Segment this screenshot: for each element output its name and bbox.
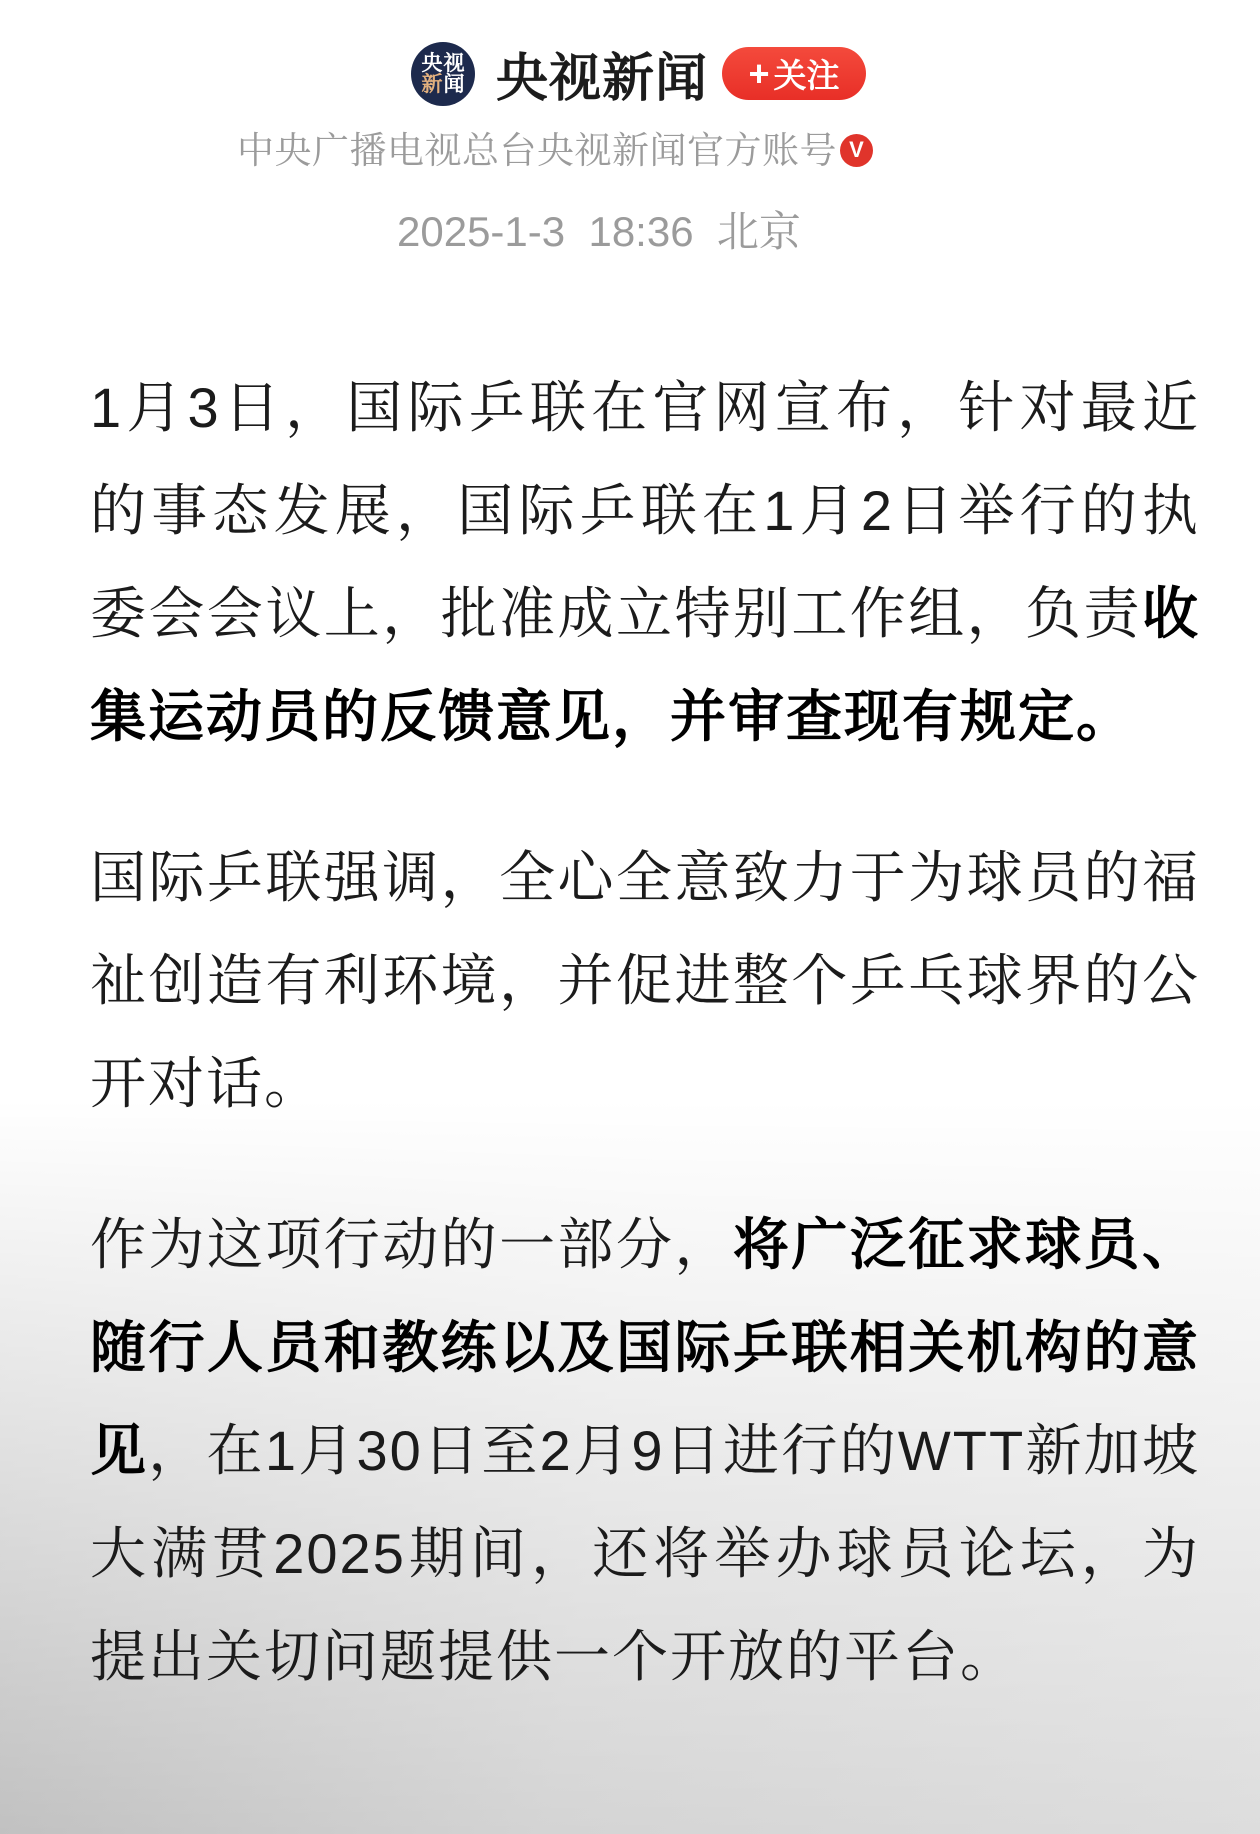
article-text: ，在1月30日至2月9日进行的WTT新加坡大满贯2025期间，还将举办球员论坛，…	[90, 1419, 1200, 1688]
avatar-logo-char: 视	[444, 53, 465, 74]
account-name[interactable]: 央视新闻	[496, 36, 708, 111]
avatar[interactable]: 央 视 新 闻	[411, 42, 475, 106]
article-body: 1月3日，国际乒联在官网宣布，针对最近的事态发展，国际乒联在1月2日举行的执委会…	[90, 356, 1200, 1708]
article-text: 1月3日，国际乒联在官网宣布，针对最近的事态发展，国际乒联在1月2日举行的执委会…	[90, 376, 1200, 645]
article-paragraph: 国际乒联强调，全心全意致力于为球员的福祉创造有利环境，并促进整个乒乓球界的公开对…	[90, 826, 1200, 1135]
post-date: 2025-1-3 18:36 北京	[397, 199, 801, 259]
article-text: 国际乒联强调，全心全意致力于为球员的福祉创造有利环境，并促进整个乒乓球界的公开对…	[90, 846, 1200, 1115]
follow-button-label: 关注	[774, 50, 840, 97]
post-page: 央 视 新 闻 央视新闻 + 关注 中央广播电视总台央视新闻官方账号 V 202…	[0, 0, 1260, 1834]
avatar-logo-char: 央	[422, 53, 443, 74]
article-paragraph: 1月3日，国际乒联在官网宣布，针对最近的事态发展，国际乒联在1月2日举行的执委会…	[90, 356, 1200, 768]
article-paragraph: 作为这项行动的一部分，将广泛征求球员、随行人员和教练以及国际乒联相关机构的意见，…	[90, 1193, 1200, 1708]
account-subtitle: 中央广播电视总台央视新闻官方账号	[237, 120, 837, 174]
account-subtitle-row: 中央广播电视总台央视新闻官方账号 V	[237, 125, 873, 169]
verified-badge-icon: V	[840, 134, 873, 167]
plus-icon: +	[749, 56, 770, 92]
avatar-logo-char: 闻	[444, 74, 465, 95]
avatar-logo-char: 新	[422, 74, 443, 95]
article-text: 作为这项行动的一部分，	[90, 1213, 733, 1276]
follow-button[interactable]: + 关注	[722, 47, 866, 100]
account-header: 央 视 新 闻 央视新闻 + 关注	[411, 36, 866, 111]
